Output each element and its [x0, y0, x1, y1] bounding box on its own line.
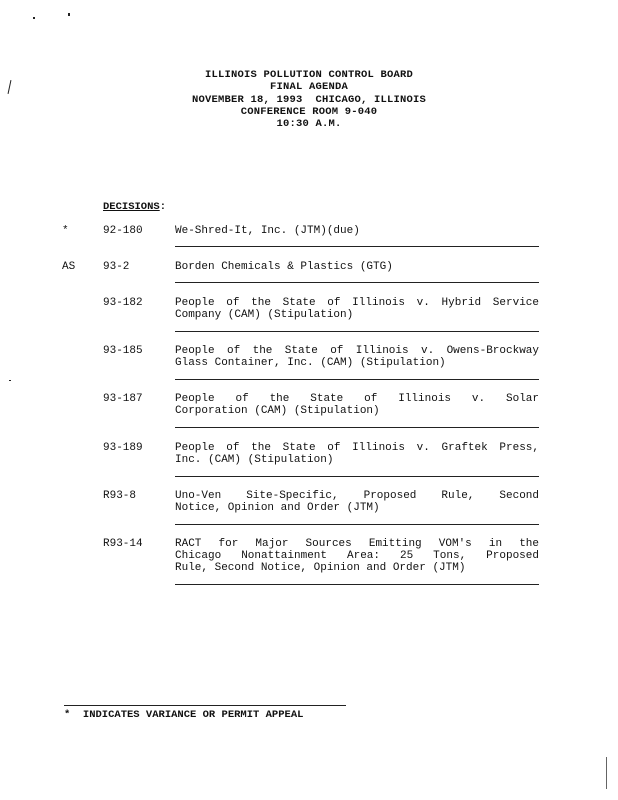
item-description: Uno-Ven Site-Specific, Proposed Rule, Se…: [175, 490, 539, 514]
item-description: People of the State of Illinois v. Owens…: [175, 345, 539, 369]
item-mark: AS: [62, 261, 75, 273]
divider-rule: [175, 476, 539, 477]
item-line: RACT for Major Sources Emitting VOM's in…: [175, 538, 539, 550]
item-description: We-Shred-It, Inc. (JTM)(due): [175, 225, 539, 237]
docket-number: 93-2: [103, 261, 129, 273]
divider-rule: [175, 246, 539, 247]
scan-speck: [33, 17, 35, 19]
meeting-room: CONFERENCE ROOM 9-040: [0, 106, 618, 118]
item-line: Glass Container, Inc. (CAM) (Stipulation…: [175, 357, 539, 369]
item-line: Corporation (CAM) (Stipulation): [175, 405, 539, 417]
divider-rule: [175, 331, 539, 332]
meeting-time: 10:30 A.M.: [0, 118, 618, 130]
item-line: Uno-Ven Site-Specific, Proposed Rule, Se…: [175, 490, 539, 502]
item-line: People of the State of Illinois v. Owens…: [175, 345, 539, 357]
footnote: * INDICATES VARIANCE OR PERMIT APPEAL: [64, 709, 303, 721]
agenda-title: FINAL AGENDA: [0, 81, 618, 93]
item-line: Notice, Opinion and Order (JTM): [175, 502, 539, 514]
divider-rule: [175, 282, 539, 283]
divider-rule: [175, 379, 539, 380]
meeting-date-location: NOVEMBER 18, 1993 CHICAGO, ILLINOIS: [0, 94, 618, 106]
item-line: Borden Chemicals & Plastics (GTG): [175, 261, 539, 273]
agenda-header: ILLINOIS POLLUTION CONTROL BOARD FINAL A…: [0, 69, 618, 130]
docket-number: 93-185: [103, 345, 143, 357]
section-title-text: DECISIONS: [103, 201, 160, 213]
scan-speck: [606, 757, 607, 789]
footer-rule: [64, 705, 346, 706]
item-mark: *: [62, 225, 69, 237]
item-line: Rule, Second Notice, Opinion and Order (…: [175, 562, 539, 574]
docket-number: 93-187: [103, 393, 143, 405]
divider-rule: [175, 584, 539, 585]
item-line: Company (CAM) (Stipulation): [175, 309, 539, 321]
docket-number: 93-189: [103, 442, 143, 454]
item-description: People of the State of Illinois v. Solar…: [175, 393, 539, 417]
divider-rule: [175, 427, 539, 428]
docket-number: 92-180: [103, 225, 143, 237]
docket-number: R93-8: [103, 490, 136, 502]
docket-number: R93-14: [103, 538, 143, 550]
section-title-colon: :: [160, 201, 166, 213]
item-line: Chicago Nonattainment Area: 25 Tons, Pro…: [175, 550, 539, 562]
scan-speck: [68, 13, 70, 16]
item-line: People of the State of Illinois v. Solar: [175, 393, 539, 405]
board-name: ILLINOIS POLLUTION CONTROL BOARD: [0, 69, 618, 81]
docket-number: 93-182: [103, 297, 143, 309]
divider-rule: [175, 524, 539, 525]
section-title-decisions: DECISIONS:: [103, 201, 166, 213]
item-line: People of the State of Illinois v. Hybri…: [175, 297, 539, 309]
item-description: People of the State of Illinois v. Graft…: [175, 442, 539, 466]
item-description: People of the State of Illinois v. Hybri…: [175, 297, 539, 321]
item-line: We-Shred-It, Inc. (JTM)(due): [175, 225, 539, 237]
item-line: Inc. (CAM) (Stipulation): [175, 454, 539, 466]
scan-speck: [9, 380, 11, 381]
item-line: People of the State of Illinois v. Graft…: [175, 442, 539, 454]
item-description: RACT for Major Sources Emitting VOM's in…: [175, 538, 539, 575]
item-description: Borden Chemicals & Plastics (GTG): [175, 261, 539, 273]
